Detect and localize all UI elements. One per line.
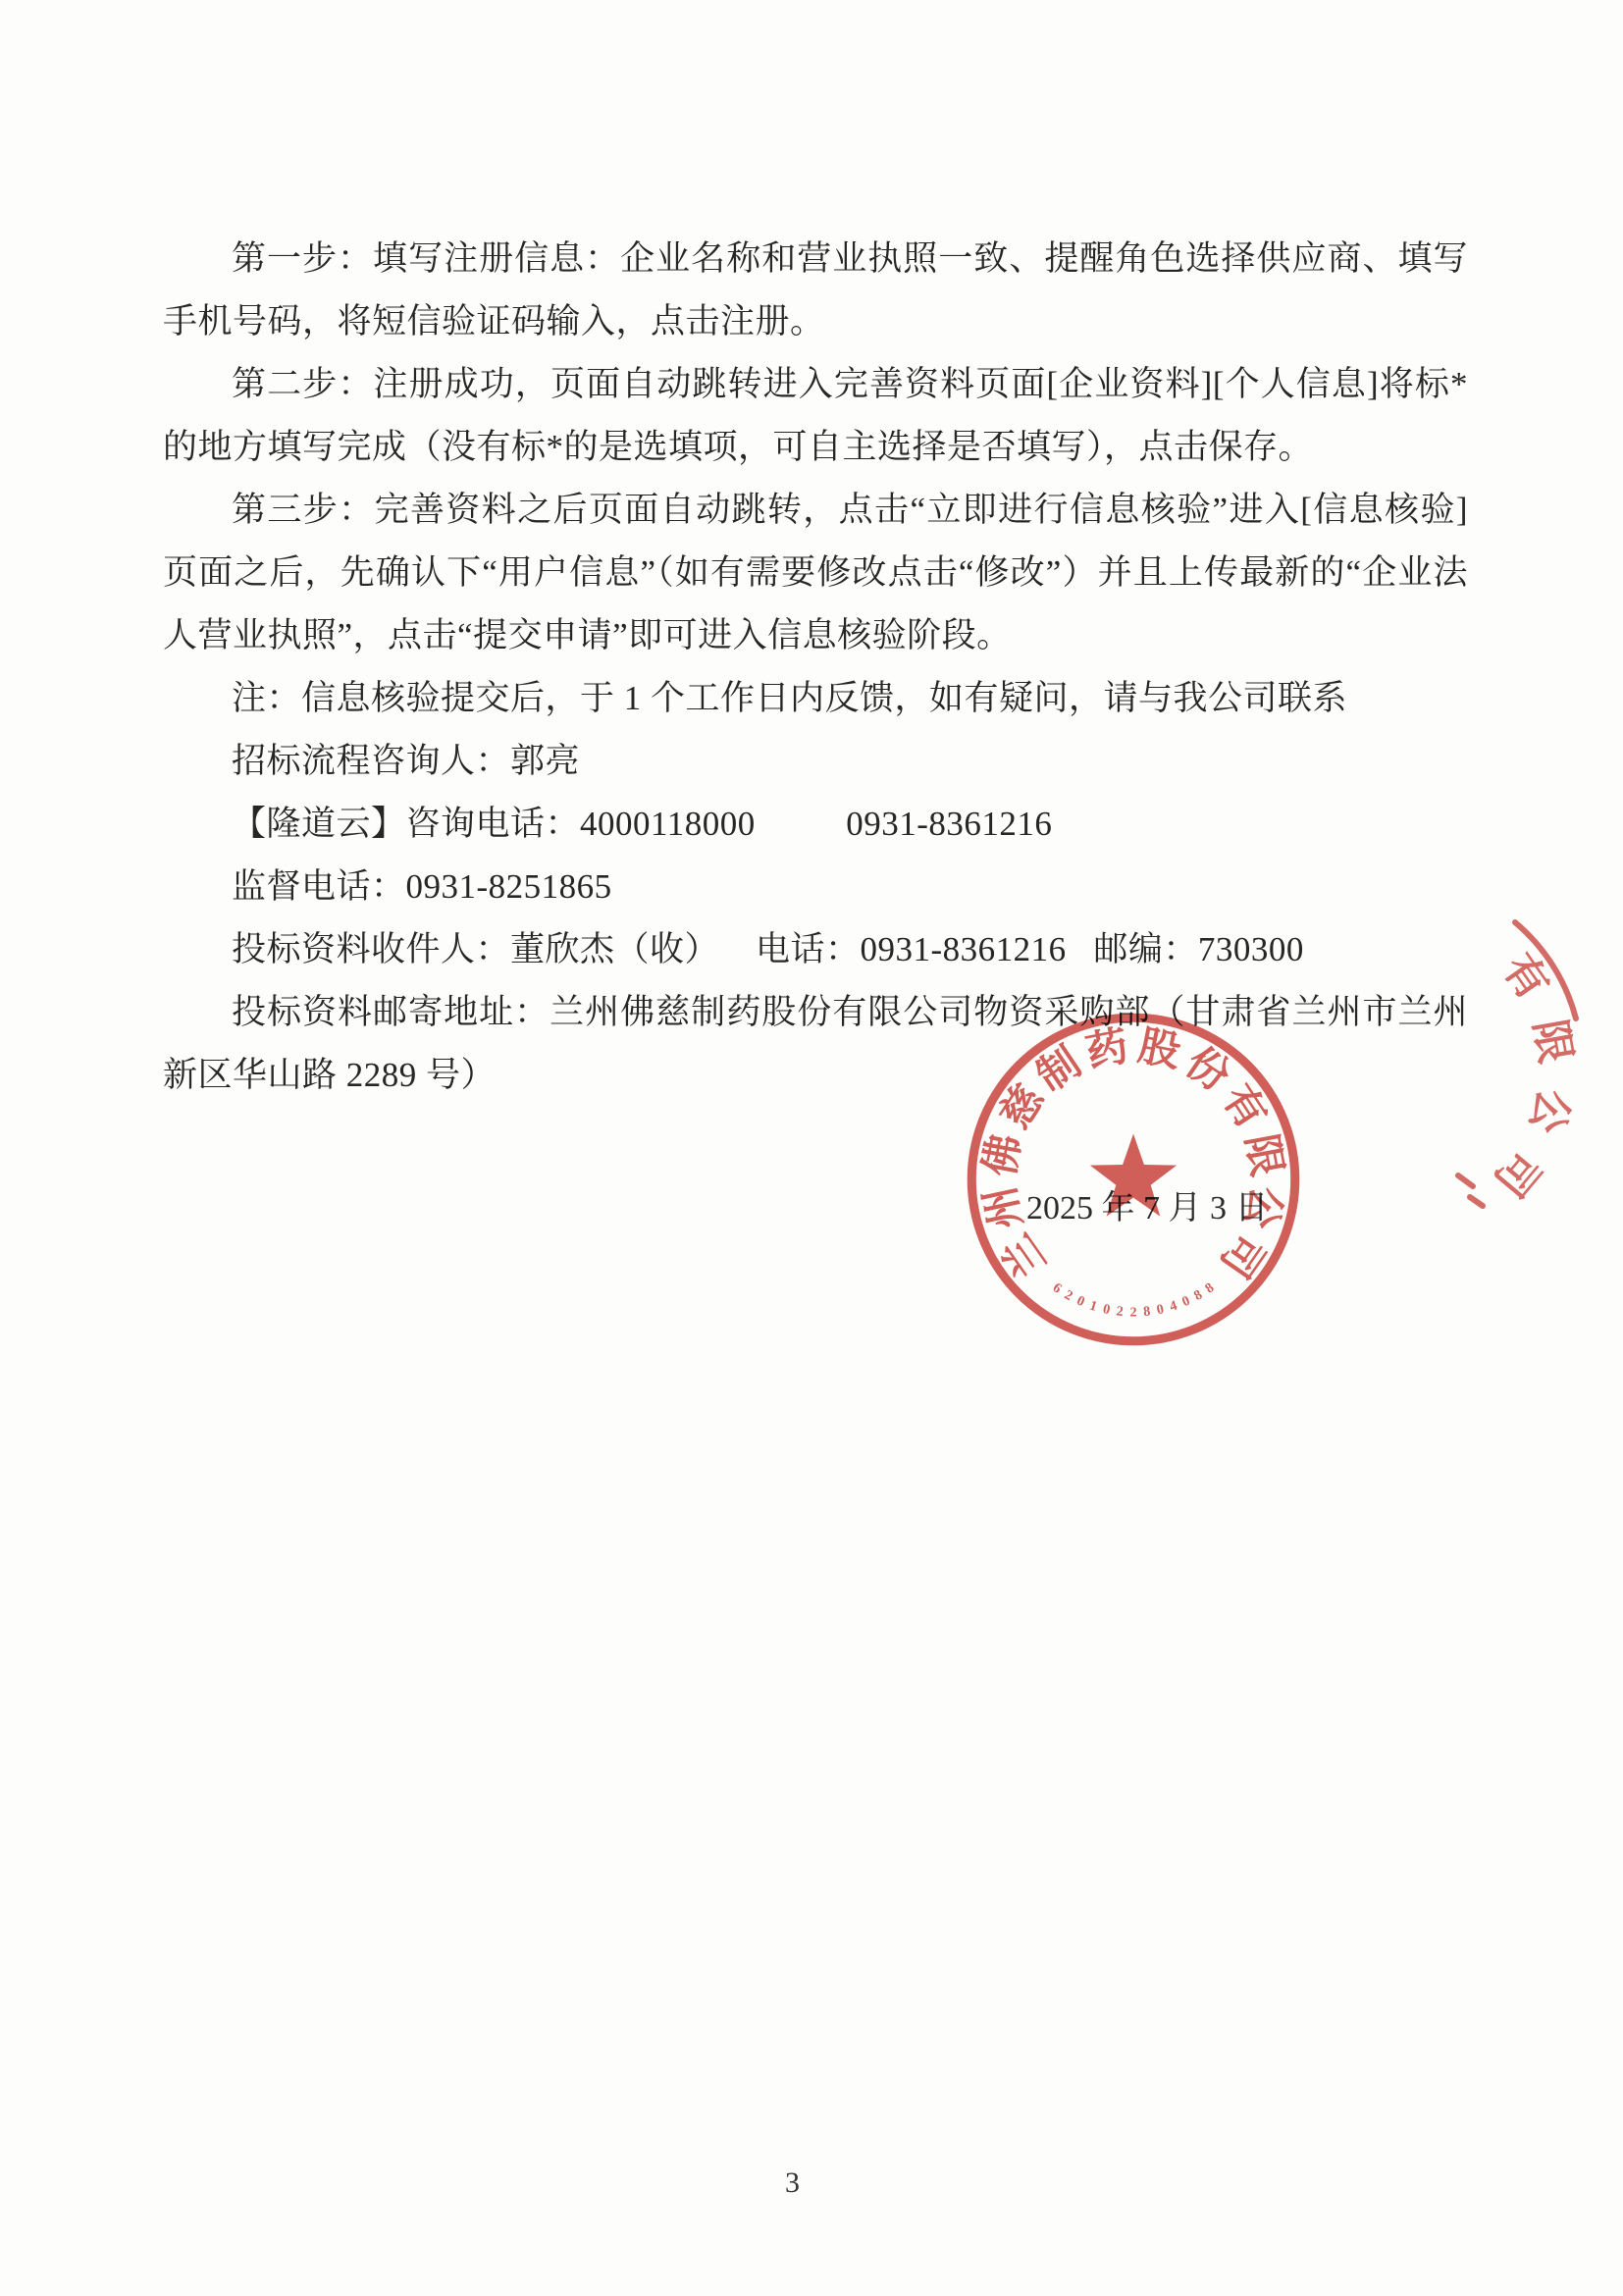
seal-character: 公	[1521, 1084, 1579, 1138]
paragraph: 投标资料邮寄地址：兰州佛慈制药股份有限公司物资采购部（甘肃省兰州市兰州新区华山路…	[163, 981, 1468, 1107]
seal-mark	[1458, 1175, 1473, 1186]
seal-character: 6	[1050, 1279, 1065, 1296]
seal-character: 8	[1202, 1279, 1217, 1296]
page-number: 3	[785, 2166, 800, 2200]
seal-character: 司	[1485, 1141, 1549, 1205]
paragraph: 第一步：填写注册信息：企业名称和营业执照一致、提醒角色选择供应商、填写手机号码，…	[163, 228, 1468, 353]
seal-character: 兰	[994, 1225, 1056, 1285]
paragraph: 第三步：完善资料之后页面自动跳转，点击“立即进行信息核验”进入[信息核验]页面之…	[163, 479, 1468, 667]
seal-character: 司	[1211, 1225, 1273, 1285]
seal-mark	[1470, 1197, 1483, 1206]
paragraph: 招标流程咨询人：郭亮	[163, 730, 1468, 793]
seal-character: 0	[1074, 1293, 1087, 1310]
paragraph: 第二步：注册成功，页面自动跳转进入完善资料页面[企业资料][个人信息]将标*的地…	[163, 353, 1468, 479]
seal-character: 有	[1493, 946, 1557, 1009]
seal-character: 州	[977, 1182, 1031, 1232]
seal-character: 限	[1525, 1017, 1580, 1068]
paragraph: 【隆道云】咨询电话：4000118000 0931-8361216	[163, 793, 1468, 856]
seal-character: 佛	[976, 1130, 1029, 1179]
seal-character: 限	[1237, 1130, 1290, 1179]
seal-character: 0	[1155, 1301, 1165, 1318]
seal-character: 2	[1129, 1304, 1136, 1320]
seal-character: 1	[1087, 1298, 1099, 1315]
paragraph: 监督电话：0931-8251865	[163, 856, 1468, 918]
seal-character: 0	[1102, 1301, 1112, 1318]
seal-character: 8	[1191, 1287, 1205, 1304]
seal-character: 2	[1062, 1287, 1075, 1304]
paragraph: 注：信息核验提交后，于 1 个工作日内反馈，如有疑问，请与我公司联系	[163, 667, 1468, 730]
seal-character: 2	[1116, 1303, 1125, 1320]
seal-character: 8	[1142, 1303, 1151, 1320]
seal-character: 0	[1179, 1293, 1192, 1310]
document-body: 第一步：填写注册信息：企业名称和营业执照一致、提醒角色选择供应商、填写手机号码，…	[163, 228, 1468, 1107]
paragraph: 投标资料收件人：董欣杰（收） 电话：0931-8361216 邮编：730300	[163, 918, 1468, 981]
seal-arc	[1515, 922, 1576, 1018]
document-page: 第一步：填写注册信息：企业名称和营业执照一致、提醒角色选择供应商、填写手机号码，…	[0, 0, 1623, 2296]
signature-date: 2025 年 7 月 3 日	[1026, 1189, 1269, 1228]
seal-character: 4	[1168, 1298, 1179, 1315]
